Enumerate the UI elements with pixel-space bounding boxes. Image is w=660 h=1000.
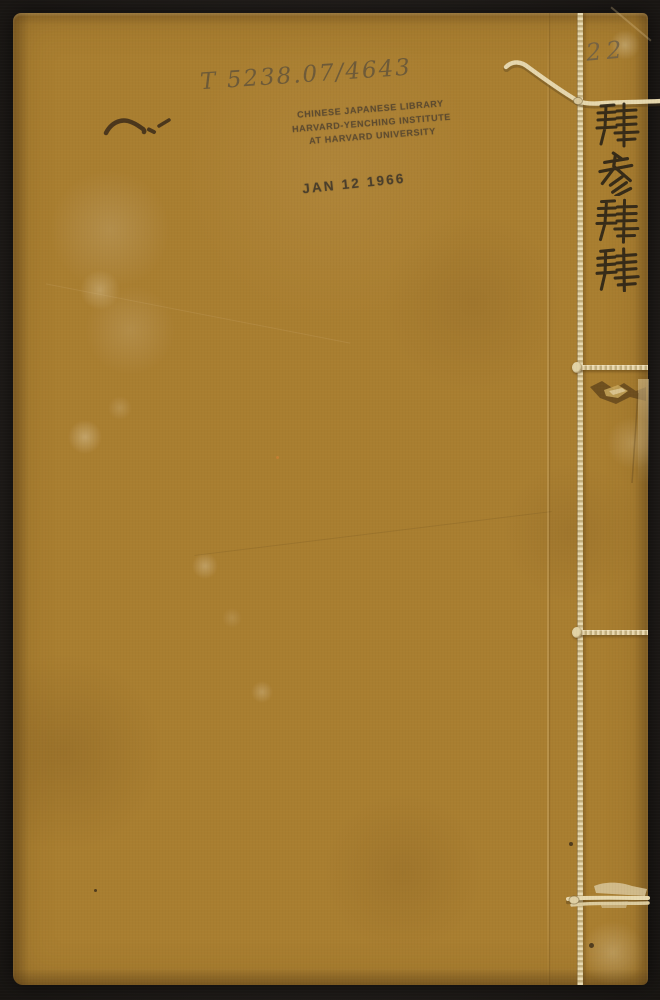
ink-squiggle-mark — [98, 112, 178, 144]
speck — [569, 842, 573, 846]
calligraphy-character-2 — [593, 150, 641, 196]
thread-knot — [572, 627, 582, 638]
photo-background: T 5238.07/4643 CHINESE JAPANESE LIBRARY … — [0, 0, 660, 1000]
calligraphy-character-4 — [593, 246, 641, 292]
cover-crease — [194, 511, 551, 556]
cover-tear-damage — [588, 371, 650, 496]
speck — [276, 456, 279, 459]
book-cover: T 5238.07/4643 CHINESE JAPANESE LIBRARY … — [13, 13, 648, 985]
calligraphy-character-3 — [593, 198, 641, 244]
binding-stitch — [577, 630, 648, 635]
speck — [589, 943, 594, 948]
binding-thread-vertical — [577, 13, 583, 985]
binding-stitch — [577, 365, 648, 370]
cover-crease — [46, 283, 350, 343]
binding-stitch-frayed — [566, 879, 650, 919]
spine-label: 肆参肆肆 — [593, 102, 645, 302]
library-stamp: CHINESE JAPANESE LIBRARY HARVARD-YENCHIN… — [278, 96, 466, 151]
thread-knot — [572, 362, 582, 373]
calligraphy-character-1 — [593, 102, 641, 148]
spine-crease — [547, 13, 549, 985]
speck — [94, 889, 97, 892]
call-number: T 5238.07/4643 — [199, 55, 410, 96]
date-stamp: JAN 12 1966 — [302, 171, 407, 197]
